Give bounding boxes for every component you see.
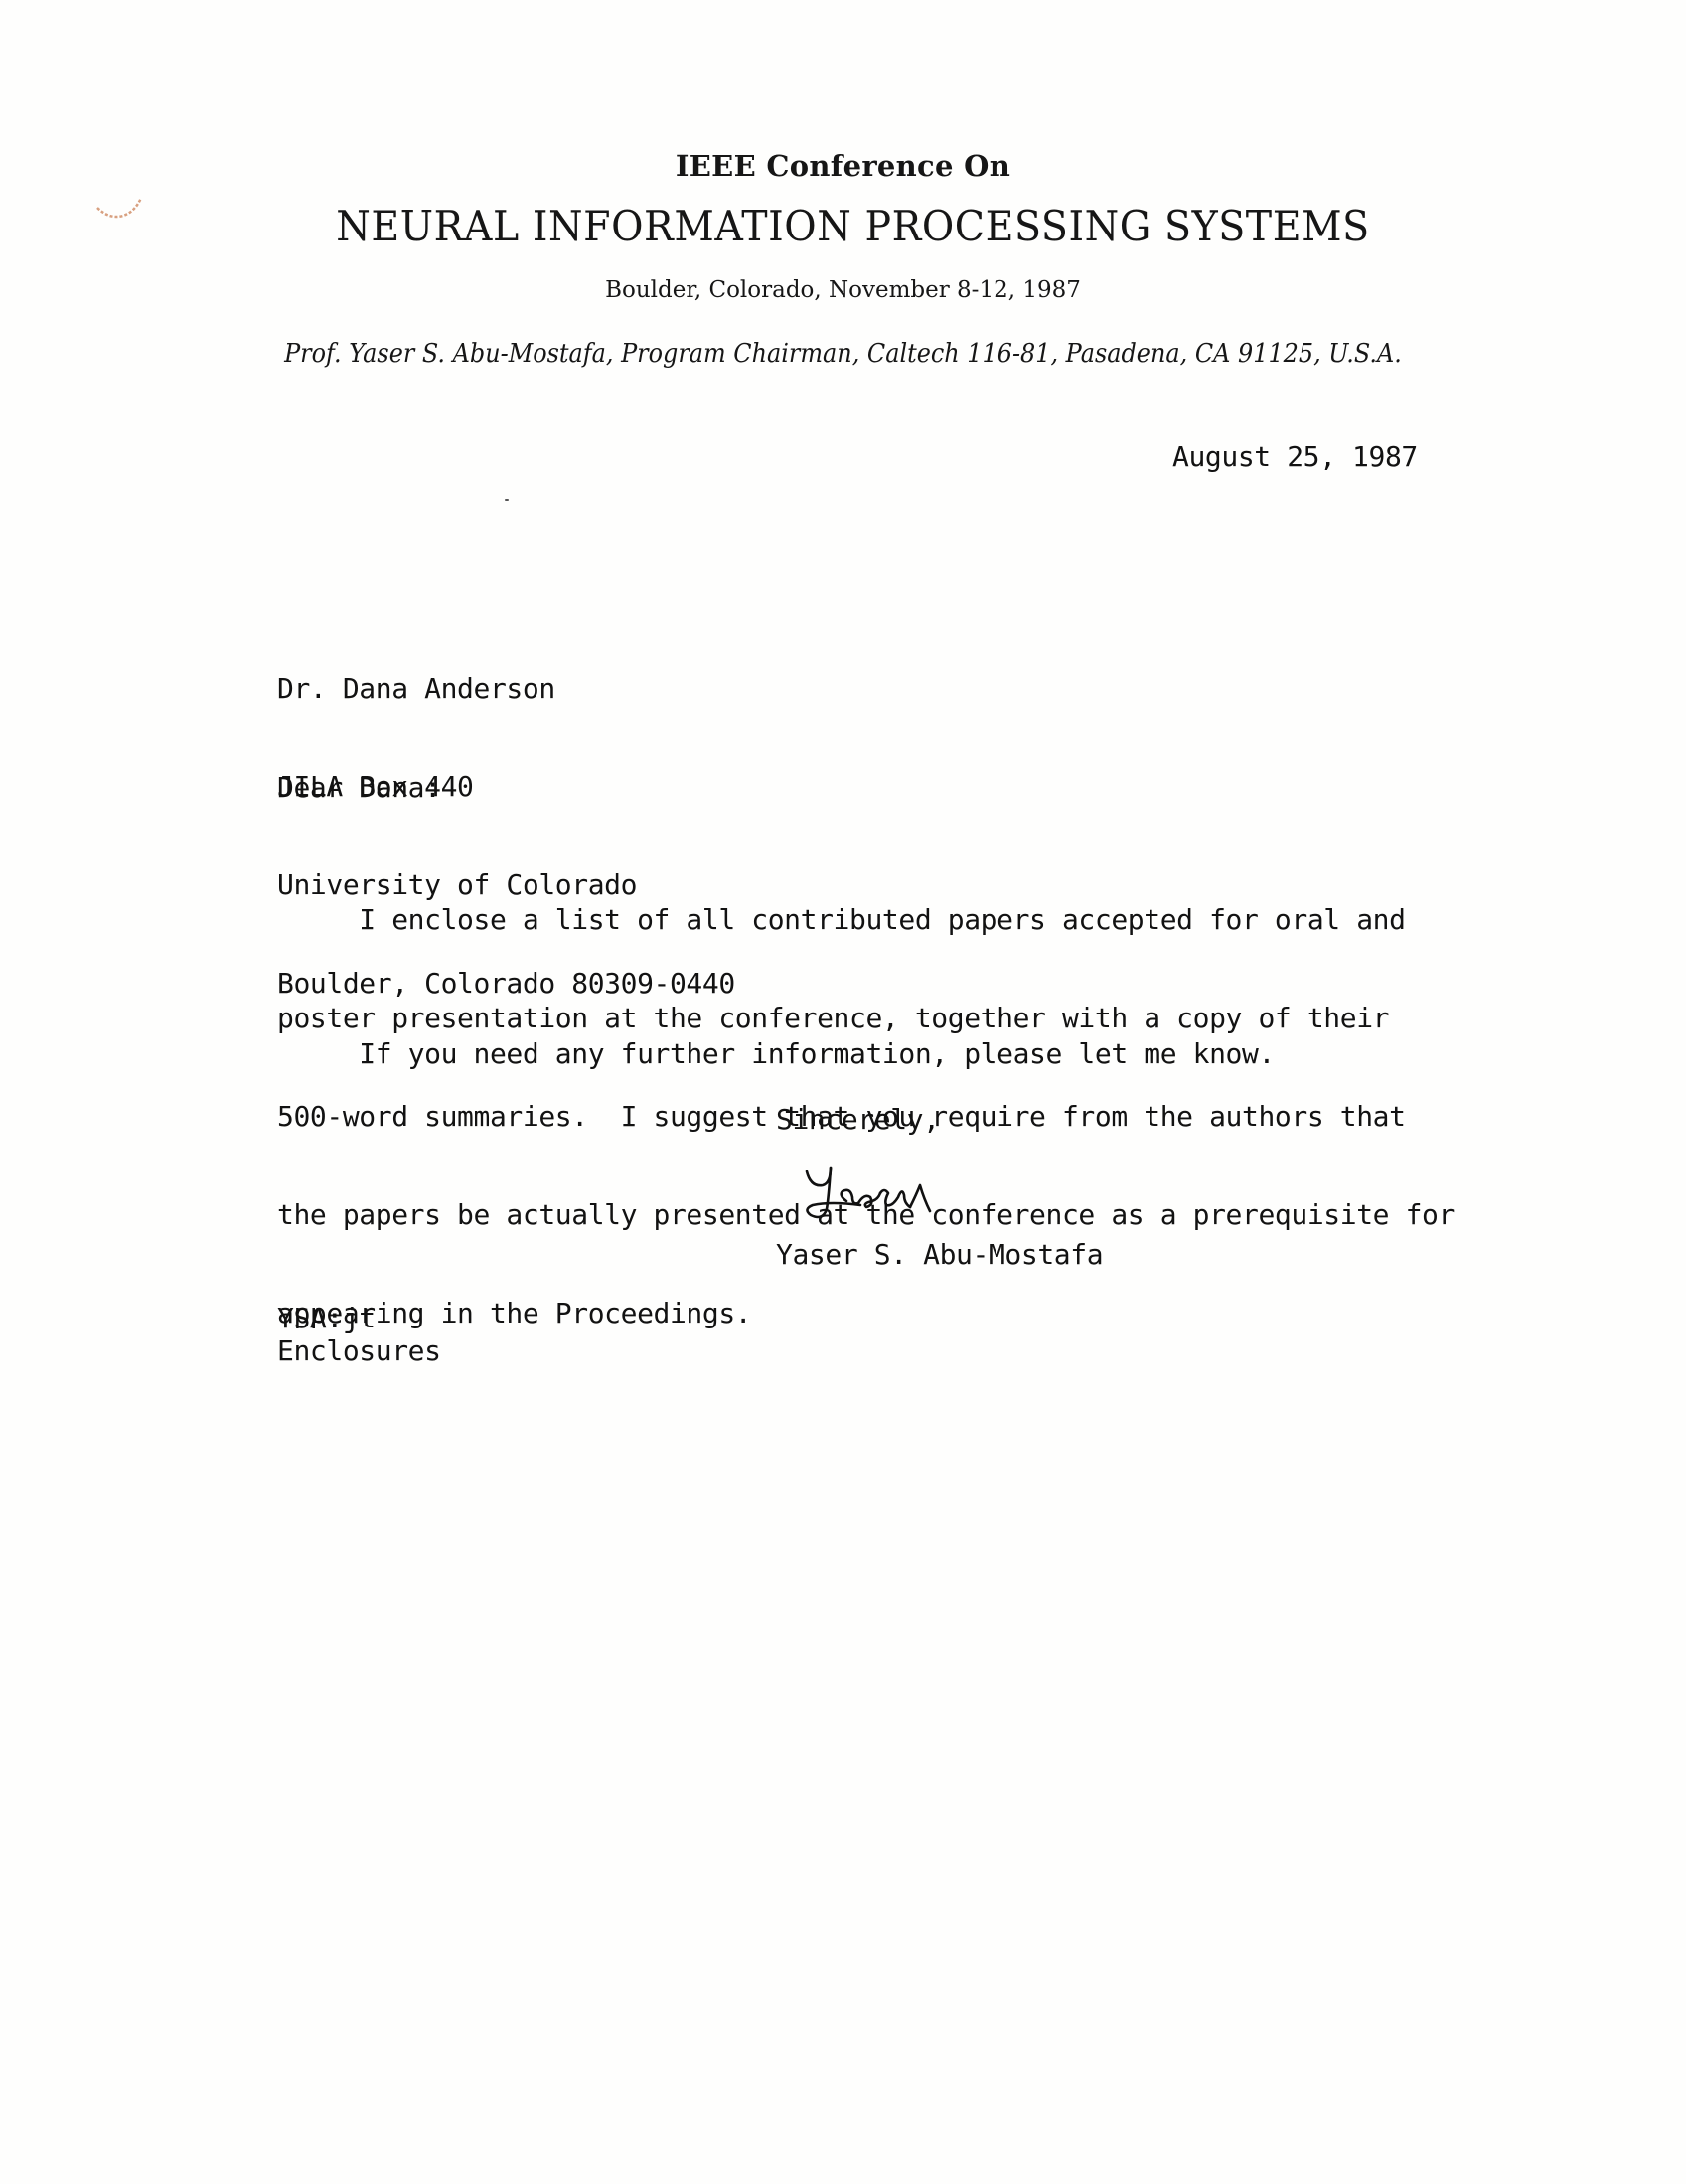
reference-initials: YSA:jt [277,1302,376,1334]
letter-page: IEEE Conference On NEURAL INFORMATION PR… [0,0,1686,2184]
letter-date: August 25, 1987 [1172,440,1418,473]
paper-speck [505,499,509,501]
body-line: I enclose a list of all contributed pape… [277,903,1455,936]
handwritten-signature [801,1158,960,1227]
salutation: Dear Dana: [277,771,441,804]
letterhead-place-date: Boulder, Colorado, November 8-12, 1987 [0,277,1686,303]
body-line: poster presentation at the conference, t… [277,1002,1455,1034]
enclosure-note: Enclosures [277,1334,441,1367]
complimentary-close: Sincerely, [776,1103,940,1136]
body-line: appearing in the Proceedings. [277,1297,1455,1329]
letterhead-chairman-line: Prof. Yaser S. Abu-Mostafa, Program Chai… [68,339,1618,369]
closing-paragraph: If you need any further information, ple… [277,1037,1275,1070]
letterhead-title: NEURAL INFORMATION PROCESSING SYSTEMS [61,202,1645,250]
letterhead-conference-line: IEEE Conference On [0,149,1686,183]
address-line: Dr. Dana Anderson [277,672,735,704]
signer-name: Yaser S. Abu-Mostafa [776,1238,1103,1271]
